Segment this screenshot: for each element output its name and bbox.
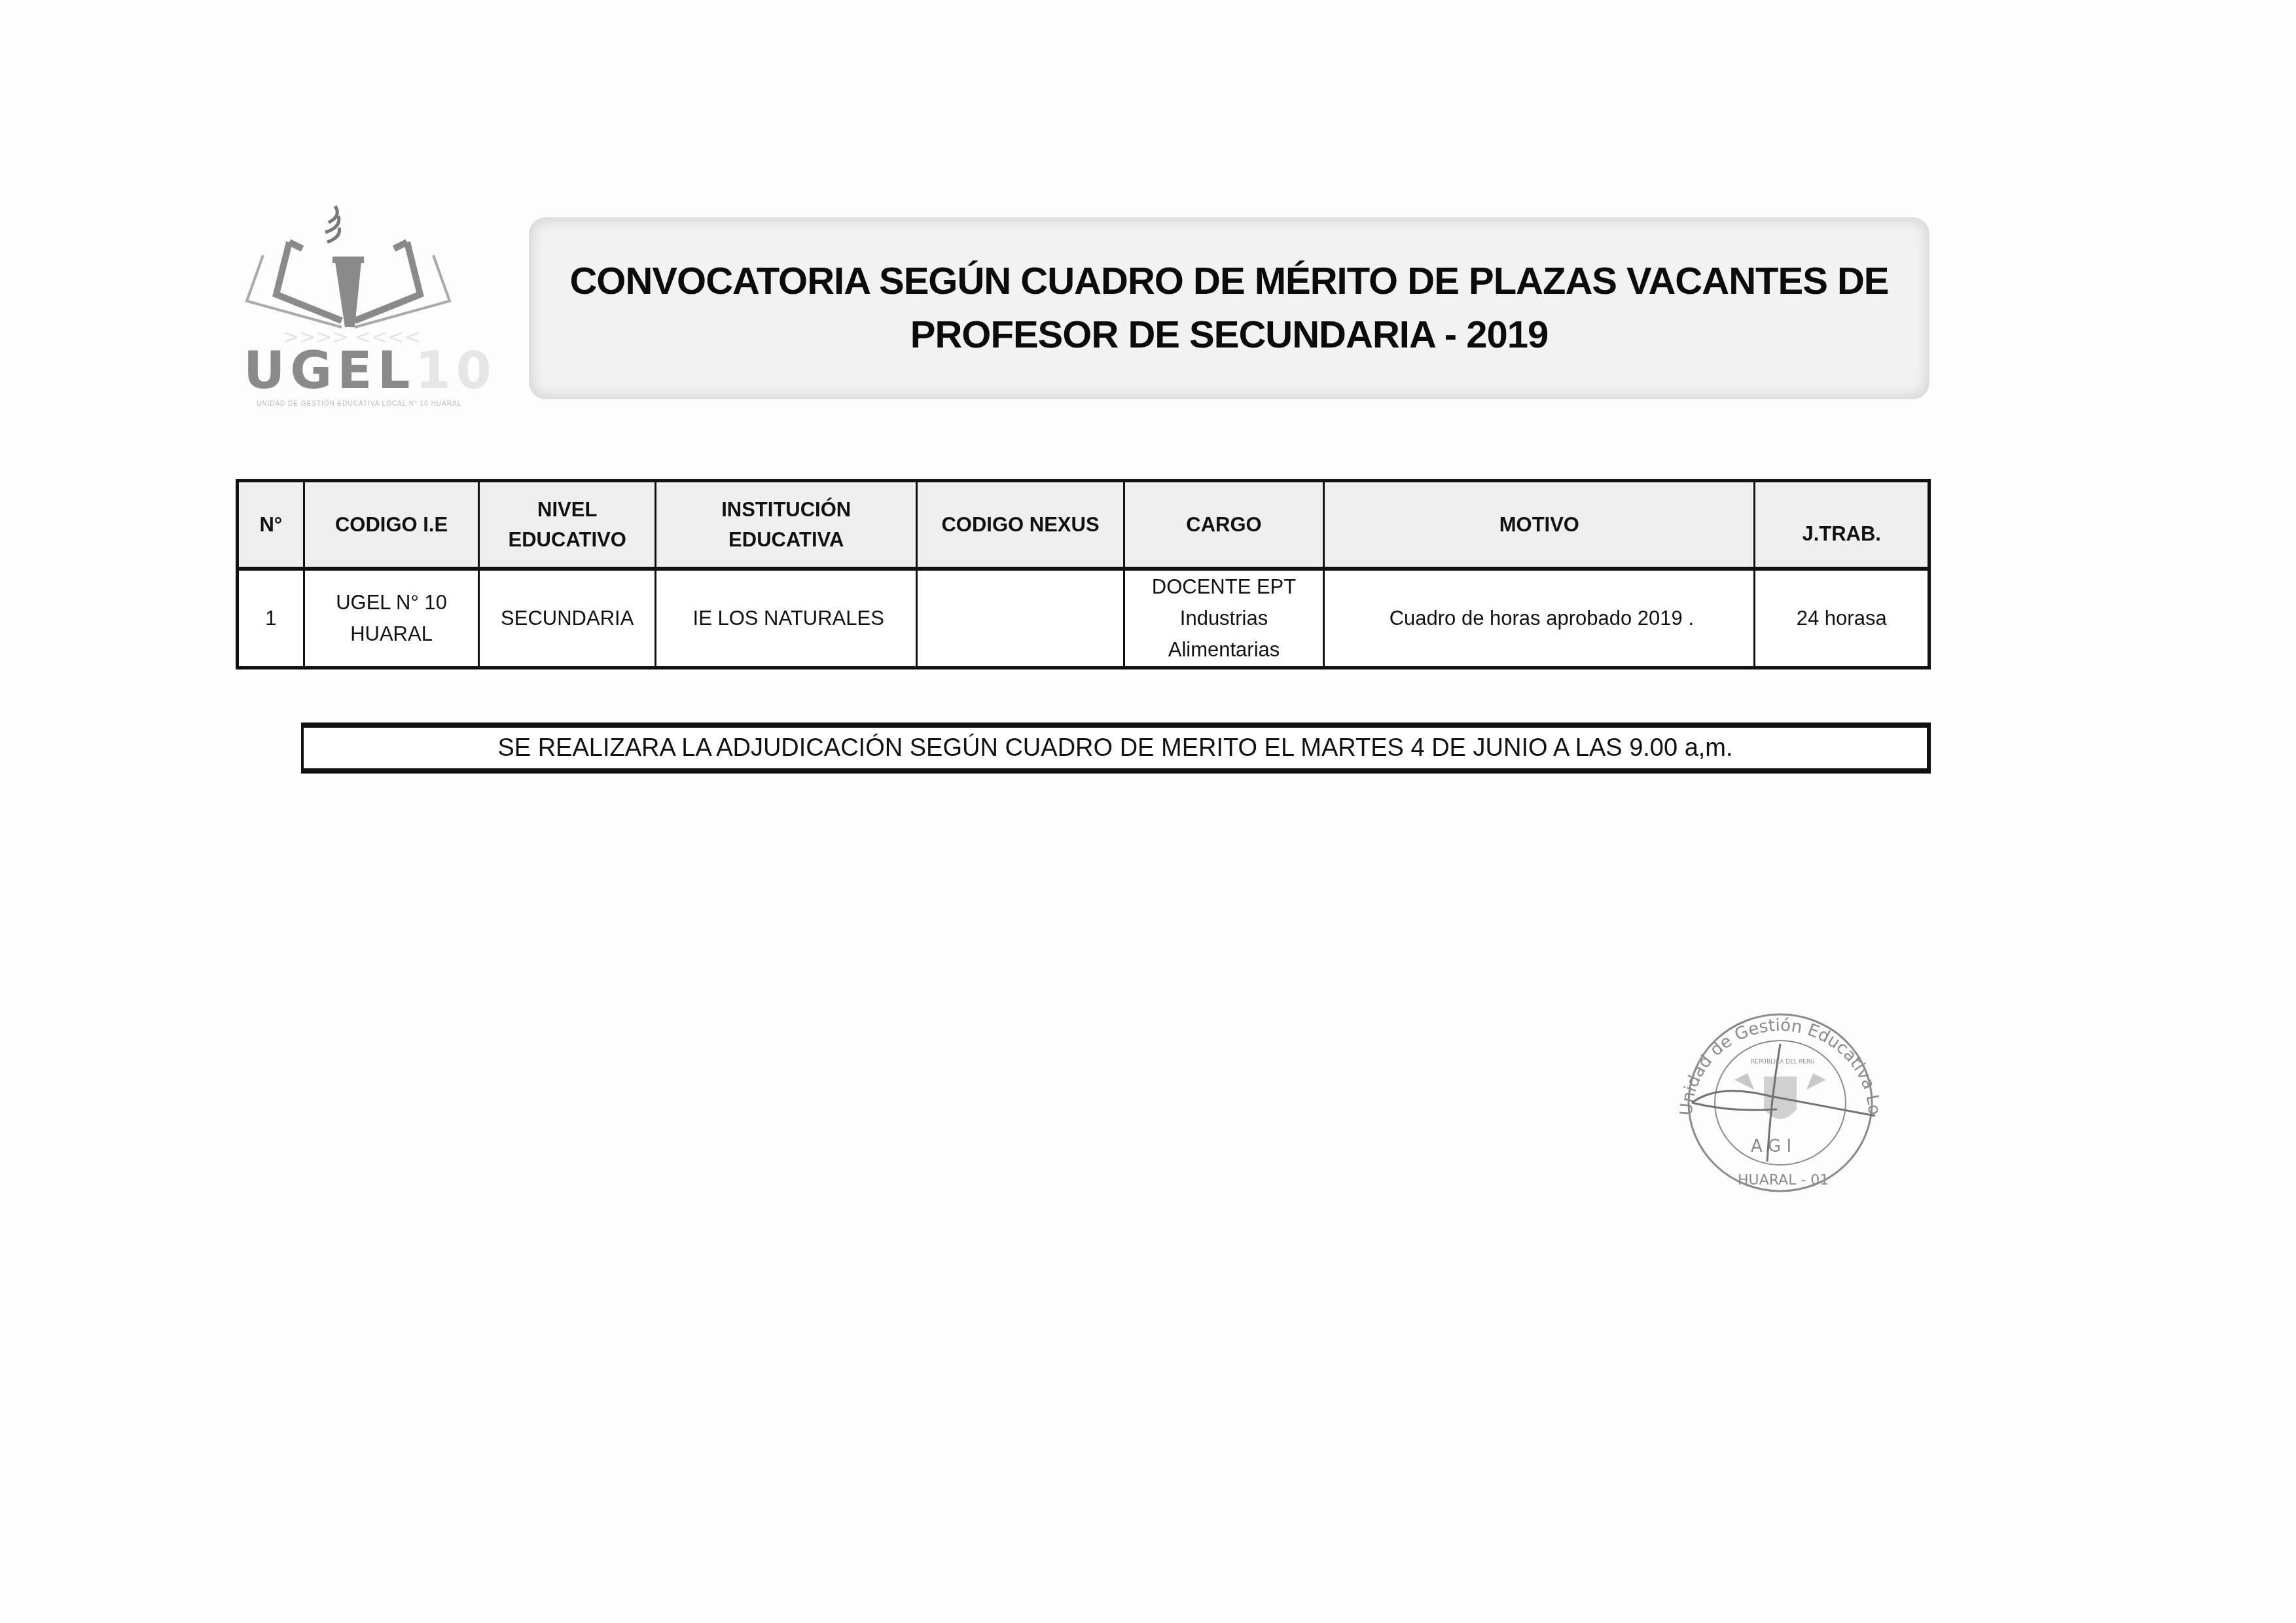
- col-header-institucion-educativa: INSTITUCIÓNEDUCATIVA: [656, 481, 917, 569]
- document-title-line2: PROFESOR DE SECUNDARIA - 2019: [910, 308, 1548, 362]
- col-header-nivel-educativo: NIVELEDUCATIVO: [479, 481, 656, 569]
- cell-nivel: SECUNDARIA: [479, 569, 656, 668]
- col-header-codigo-ie: CODIGO I.E: [304, 481, 479, 569]
- adjudication-notice: SE REALIZARA LA ADJUDICACIÓN SEGÚN CUADR…: [301, 722, 1931, 774]
- logo-wordmark: UGEL10: [243, 342, 497, 401]
- document-title-box: CONVOCATORIA SEGÚN CUADRO DE MÉRITO DE P…: [529, 217, 1929, 399]
- col-header-jornada: J.TRAB.: [1755, 481, 1929, 569]
- svg-text:A G I: A G I: [1751, 1137, 1791, 1156]
- col-header-codigo-nexus: CODIGO NEXUS: [917, 481, 1124, 569]
- cell-codigo-nexus: [917, 569, 1124, 668]
- col-header-numero: N°: [238, 481, 304, 569]
- cell-numero: 1: [238, 569, 304, 668]
- document-title-line1: CONVOCATORIA SEGÚN CUADRO DE MÉRITO DE P…: [569, 255, 1888, 308]
- svg-text:HUARAL - 01: HUARAL - 01: [1738, 1172, 1829, 1188]
- vacancies-table: N° CODIGO I.E NIVELEDUCATIVO INSTITUCIÓN…: [236, 479, 1931, 669]
- cell-motivo: Cuadro de horas aprobado 2019 .: [1324, 569, 1755, 668]
- cell-cargo: DOCENTE EPTIndustriasAlimentarias: [1124, 569, 1324, 668]
- ugel-logo: >>>> <<<< UGEL10 UNIDAD DE GESTIÓN EDUCA…: [237, 196, 459, 406]
- svg-text:REPÚBLICA DEL PERÚ: REPÚBLICA DEL PERÚ: [1751, 1058, 1815, 1065]
- official-stamp: Unidad de Gestión Educativa Local N° 10 …: [1666, 1005, 1895, 1201]
- logo-subtitle: UNIDAD DE GESTIÓN EDUCATIVA LOCAL N° 10 …: [257, 401, 461, 408]
- col-header-cargo: CARGO: [1124, 481, 1324, 569]
- cell-jornada: 24 horasa: [1755, 569, 1929, 668]
- cell-codigo-ie: UGEL N° 10HUARAL: [304, 569, 479, 668]
- seal-icon: Unidad de Gestión Educativa Local N° 10 …: [1666, 1005, 1895, 1201]
- table-row: 1 UGEL N° 10HUARAL SECUNDARIA IE LOS NAT…: [238, 569, 1929, 668]
- table-header-row: N° CODIGO I.E NIVELEDUCATIVO INSTITUCIÓN…: [238, 481, 1929, 569]
- col-header-motivo: MOTIVO: [1324, 481, 1755, 569]
- cell-institucion: IE LOS NATURALES: [656, 569, 917, 668]
